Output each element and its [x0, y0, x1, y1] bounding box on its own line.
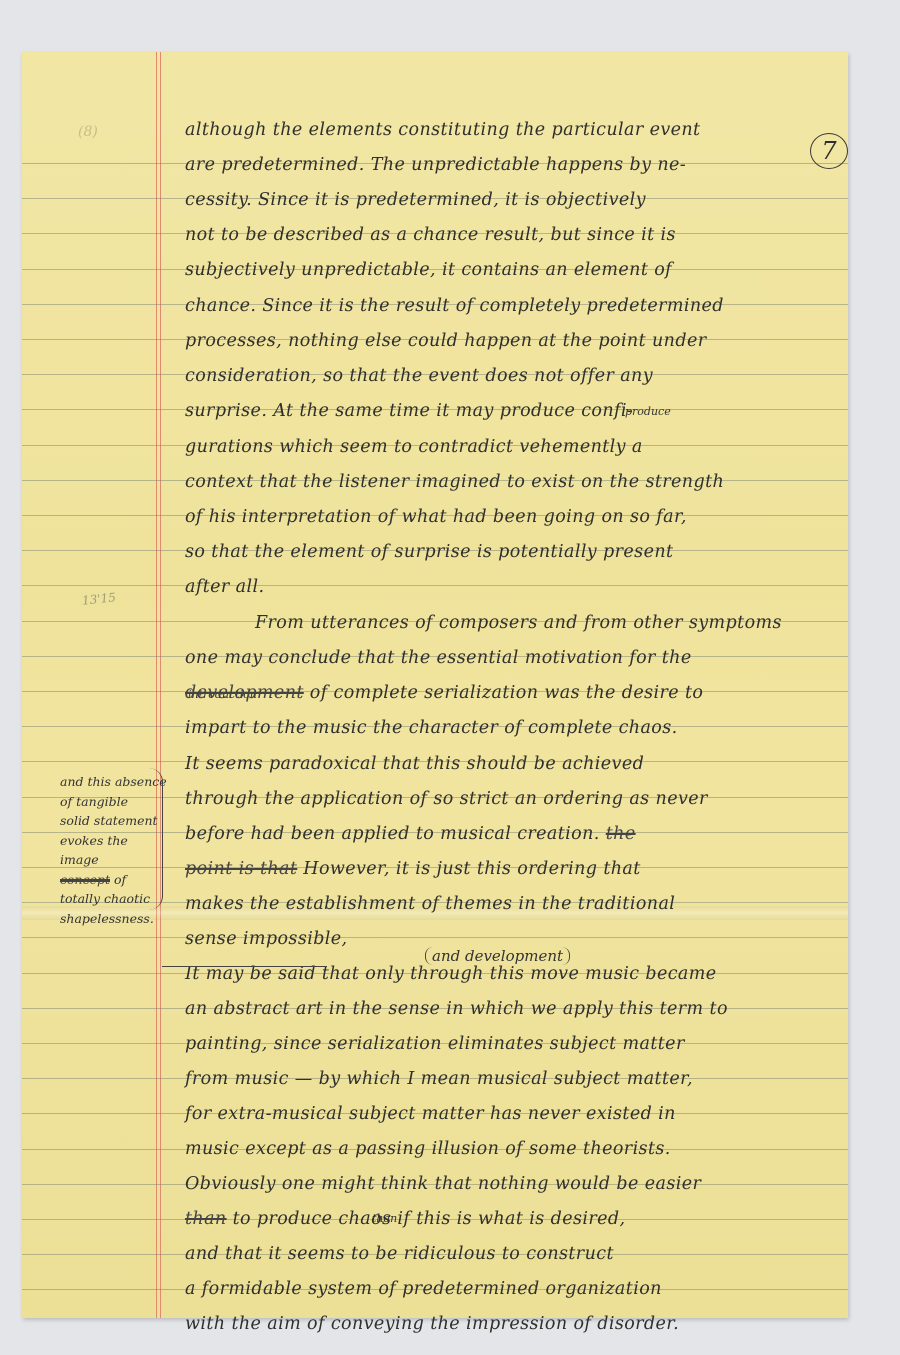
- text-line: not to be described as a chance result, …: [185, 225, 835, 245]
- text-line-content: before had been applied to musical creat…: [185, 824, 600, 844]
- struck-word: development: [185, 683, 304, 703]
- text-line: through the application of so strict an …: [185, 789, 835, 809]
- text-line: subjectively unpredictable, it contains …: [185, 260, 835, 280]
- text-line: makes the establishment of themes in the…: [185, 894, 835, 914]
- insertion-and-development: and development: [425, 947, 570, 965]
- text-line: development of complete serialization wa…: [185, 683, 835, 703]
- margin-rule-right: [160, 52, 161, 1318]
- text-line: surprise. At the same time it may produc…: [185, 401, 835, 421]
- text-line: and that it seems to be ridiculous to co…: [185, 1244, 835, 1264]
- text-line: are predetermined. The unpredictable hap…: [185, 155, 835, 175]
- text-line: Obviously one might think that nothing w…: [185, 1174, 835, 1194]
- margin-note-line: shapelessness.: [60, 909, 170, 929]
- struck-word: the: [606, 824, 636, 844]
- text-line-indented: From utterances of composers and from ot…: [255, 613, 900, 633]
- text-line: a formidable system of predetermined org…: [185, 1279, 835, 1299]
- struck-phrase: point is that: [185, 859, 297, 879]
- annotation-bracket: [148, 768, 163, 910]
- text-line: before had been applied to musical creat…: [185, 824, 835, 844]
- text-line: one may conclude that the essential moti…: [185, 648, 835, 668]
- text-line-content: of complete serialization was the desire…: [310, 683, 704, 703]
- text-line-content: to produce chaos if this is what is desi…: [233, 1209, 626, 1229]
- text-line: gurations which seem to contradict vehem…: [185, 437, 835, 457]
- struck-word: than: [185, 1209, 227, 1229]
- text-line: after all.: [185, 577, 835, 597]
- insertion-produce: produce: [625, 405, 671, 418]
- margin-tally: 13'15: [81, 590, 116, 607]
- margin-rule-left: [156, 52, 157, 1318]
- ghost-page-number: (8): [78, 124, 98, 140]
- text-line: an abstract art in the sense in which we…: [185, 999, 835, 1019]
- text-line: consideration, so that the event does no…: [185, 366, 835, 386]
- text-line: painting, since serialization eliminates…: [185, 1034, 835, 1054]
- text-line: of his interpretation of what had been g…: [185, 507, 835, 527]
- text-line: although the elements constituting the p…: [185, 120, 835, 140]
- text-line: impart to the music the character of com…: [185, 718, 835, 738]
- text-line: for extra-musical subject matter has nev…: [185, 1104, 835, 1124]
- text-line-content: surprise. At the same time it may produc…: [185, 401, 633, 421]
- text-line: so that the element of surprise is poten…: [185, 542, 835, 562]
- text-line: processes, nothing else could happen at …: [185, 331, 835, 351]
- text-line: cessity. Since it is predetermined, it i…: [185, 190, 835, 210]
- annotation-connector-line: [162, 966, 327, 967]
- text-line: It may be said that only through this mo…: [185, 964, 835, 984]
- text-line: context that the listener imagined to ex…: [185, 472, 835, 492]
- text-line: music except as a passing illusion of so…: [185, 1139, 835, 1159]
- text-line-content: However, it is just this ordering that: [303, 859, 640, 879]
- text-line: point is that However, it is just this o…: [185, 859, 835, 879]
- text-line: from music — by which I mean musical sub…: [185, 1069, 835, 1089]
- text-line: than to produce chaos if this is what is…: [185, 1209, 835, 1229]
- text-line: chance. Since it is the result of comple…: [185, 296, 835, 316]
- text-line: sense impossible,: [185, 929, 835, 949]
- struck-word: concept: [60, 872, 110, 887]
- text-line: It seems paradoxical that this should be…: [185, 754, 835, 774]
- text-line: with the aim of conveying the impression…: [185, 1314, 835, 1334]
